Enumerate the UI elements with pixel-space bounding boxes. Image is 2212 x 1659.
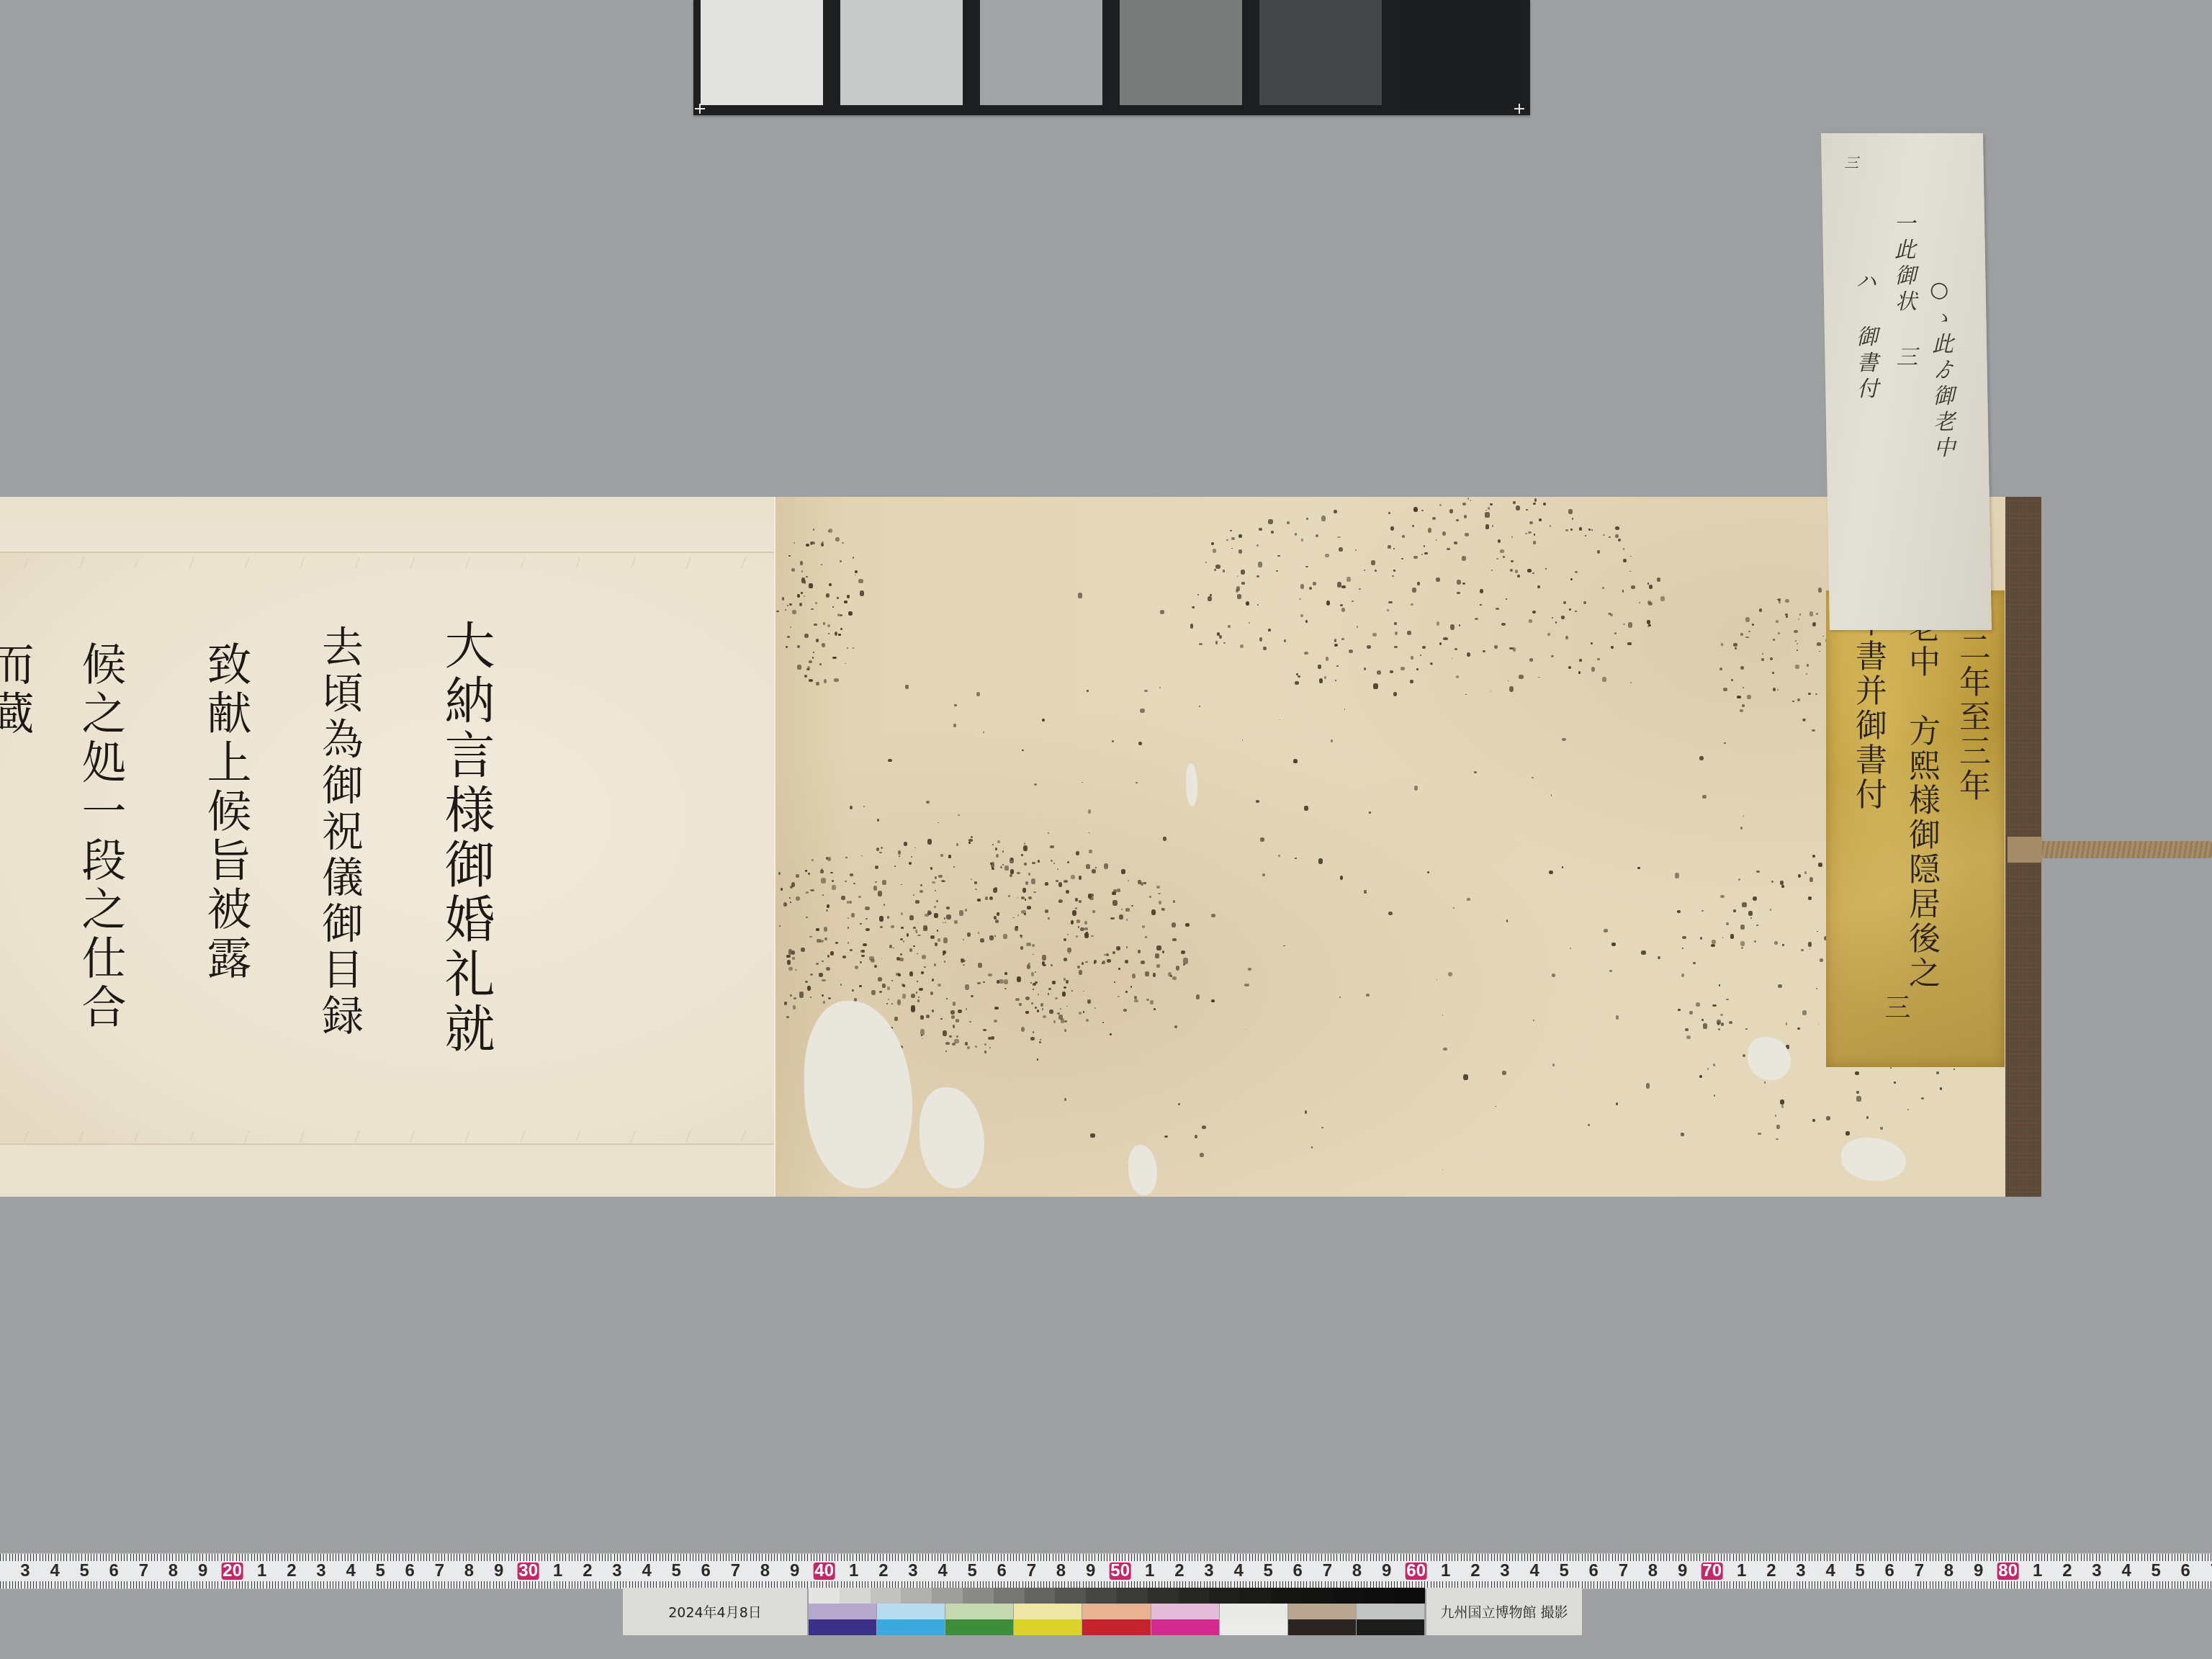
gray-step bbox=[1209, 1588, 1240, 1604]
calligraphy-column-3: 致献上候旨被露 bbox=[203, 641, 248, 984]
ruler-number: 7 bbox=[1027, 1563, 1036, 1580]
gray-step bbox=[1363, 1588, 1394, 1604]
ruler-number: 5 bbox=[672, 1563, 681, 1580]
ruler-number: 5 bbox=[1560, 1563, 1569, 1580]
ruler-number: 6 bbox=[109, 1563, 119, 1580]
color-patch-magenta-light bbox=[1151, 1604, 1219, 1619]
ruler-number: 2 bbox=[583, 1563, 592, 1580]
ruler-ticks-top bbox=[0, 1554, 2212, 1561]
ruler-number: 3 bbox=[316, 1563, 325, 1580]
ruler-number: 1 bbox=[553, 1563, 562, 1580]
color-patch-yellow-dark bbox=[1014, 1619, 1082, 1635]
worn-patch bbox=[1128, 1145, 1157, 1195]
ruler-number: 7 bbox=[435, 1563, 444, 1580]
ruler-number: 6 bbox=[997, 1563, 1007, 1580]
ruler-number: 9 bbox=[494, 1563, 503, 1580]
ruler-number: 5 bbox=[80, 1563, 89, 1580]
color-swatches bbox=[809, 1588, 1425, 1637]
hanging-paper-label: ○ゝ此ゟ御老中 一此御状 三 ハ 御書付 三 bbox=[1821, 133, 1992, 630]
gray-patch bbox=[840, 0, 963, 105]
ruler-number: 70 bbox=[1701, 1563, 1723, 1580]
ruler-number: 7 bbox=[731, 1563, 740, 1580]
ruler-number: 1 bbox=[1737, 1563, 1746, 1580]
ruler-number: 8 bbox=[1648, 1563, 1658, 1580]
color-patch-brown-dark bbox=[1288, 1619, 1356, 1635]
cord-attachment bbox=[2008, 837, 2042, 863]
ruler-number: 20 bbox=[221, 1563, 243, 1580]
ruler-number: 6 bbox=[2181, 1563, 2190, 1580]
ruler-number: 1 bbox=[1441, 1563, 1450, 1580]
paper-label-line-3: ハ 御書付 bbox=[1852, 270, 1876, 403]
gray-patch bbox=[1399, 0, 1521, 105]
ruler-number: 60 bbox=[1405, 1563, 1427, 1580]
ruler-number: 80 bbox=[1997, 1563, 2019, 1580]
ruler-number: 2 bbox=[1174, 1563, 1184, 1580]
ruler-number: 5 bbox=[968, 1563, 977, 1580]
gray-step bbox=[932, 1588, 963, 1604]
worn-patch bbox=[920, 1087, 984, 1188]
title-slip-line-3: 奉書并御書付 bbox=[1852, 605, 1884, 812]
color-patch-white-dark bbox=[1220, 1619, 1287, 1635]
color-patch-yellow-light bbox=[1014, 1604, 1082, 1619]
gray-step bbox=[1117, 1588, 1148, 1604]
color-patch-magenta-dark bbox=[1151, 1619, 1219, 1635]
paper-label-mark: 三 bbox=[1843, 155, 1858, 174]
ruler-number: 3 bbox=[20, 1563, 30, 1580]
grayscale-calibration-card bbox=[693, 0, 1530, 115]
color-patch-gray-black-light bbox=[1357, 1604, 1424, 1619]
photo-credit-label: 九州国立博物館 撮影 bbox=[1426, 1588, 1582, 1635]
ruler-number: 8 bbox=[1944, 1563, 1954, 1580]
ruler-number: 30 bbox=[517, 1563, 539, 1580]
ruler-number: 4 bbox=[346, 1563, 355, 1580]
ruler-number: 3 bbox=[908, 1563, 917, 1580]
ruler-number: 1 bbox=[2033, 1563, 2042, 1580]
ruler-number: 3 bbox=[612, 1563, 621, 1580]
ruler-number: 7 bbox=[139, 1563, 148, 1580]
lower-border-line bbox=[0, 1143, 774, 1145]
ruler-number: 4 bbox=[1529, 1563, 1539, 1580]
color-patch-green-light bbox=[945, 1604, 1013, 1619]
calligraphy-column-1: 大納言様御婚礼就 bbox=[441, 619, 491, 1057]
ruler-number: 8 bbox=[1056, 1563, 1066, 1580]
calligraphy-column-2: 去頃為御祝儀御目録 bbox=[318, 625, 360, 1040]
ruler-number: 6 bbox=[1885, 1563, 1894, 1580]
paper-label-line-1: ○ゝ此ゟ御老中 bbox=[1928, 277, 1952, 462]
paper-label-line-2: 一此御状 三 bbox=[1891, 212, 1915, 372]
lower-wave-pattern bbox=[0, 1130, 774, 1142]
date-label: 2024年4月8日 bbox=[623, 1588, 807, 1635]
gray-patch bbox=[1259, 0, 1382, 105]
ruler-number: 8 bbox=[168, 1563, 178, 1580]
ruler-number: 6 bbox=[701, 1563, 711, 1580]
gray-step bbox=[1148, 1588, 1179, 1604]
ruler-number: 9 bbox=[198, 1563, 207, 1580]
ruler-number: 4 bbox=[642, 1563, 651, 1580]
ruler-number: 2 bbox=[2062, 1563, 2072, 1580]
gold-title-slip: 享二年至三年 御老中 方熙様御隠居後之 奉書并御書付 三 bbox=[1826, 590, 2005, 1067]
color-patch-purple-light bbox=[809, 1604, 876, 1619]
color-patch-purple-dark bbox=[809, 1619, 876, 1635]
decorated-frontispiece-paper bbox=[774, 497, 2007, 1197]
ruler-number: 5 bbox=[1264, 1563, 1273, 1580]
registration-cross-mark bbox=[695, 104, 705, 114]
ruler-number: 2 bbox=[1470, 1563, 1480, 1580]
gray-step bbox=[809, 1588, 840, 1604]
calligraphy-column-5: 而蔵 bbox=[0, 641, 30, 739]
gray-patch bbox=[980, 0, 1102, 105]
ruler-number: 4 bbox=[50, 1563, 59, 1580]
gray-step bbox=[1086, 1588, 1117, 1604]
ruler-number: 50 bbox=[1109, 1563, 1131, 1580]
ruler-number: 4 bbox=[1233, 1563, 1243, 1580]
ruler-number: 9 bbox=[1974, 1563, 1983, 1580]
ruler-number: 8 bbox=[464, 1563, 474, 1580]
gray-step bbox=[1240, 1588, 1271, 1604]
ruler-number: 9 bbox=[1678, 1563, 1687, 1580]
gray-step bbox=[1302, 1588, 1333, 1604]
gray-step bbox=[963, 1588, 994, 1604]
ruler-number: 4 bbox=[938, 1563, 947, 1580]
ruler-number: 4 bbox=[2121, 1563, 2131, 1580]
color-patch-white-light bbox=[1220, 1604, 1287, 1619]
ruler-number: 1 bbox=[849, 1563, 858, 1580]
ruler-number: 6 bbox=[1589, 1563, 1599, 1580]
ruler-number: 3 bbox=[1500, 1563, 1509, 1580]
color-patch-cyan-dark bbox=[877, 1619, 945, 1635]
color-calibration-chart: 2024年4月8日 九州国立博物館 撮影 bbox=[623, 1588, 1581, 1637]
ruler-number: 9 bbox=[1086, 1563, 1095, 1580]
color-patch-green-dark bbox=[945, 1619, 1013, 1635]
ruler-number: 6 bbox=[405, 1563, 415, 1580]
ruler-number: 9 bbox=[1382, 1563, 1391, 1580]
gray-step bbox=[1025, 1588, 1056, 1604]
gray-patch bbox=[1120, 0, 1242, 105]
ruler-number: 7 bbox=[1915, 1563, 1924, 1580]
gray-step bbox=[1179, 1588, 1210, 1604]
gray-step bbox=[1271, 1588, 1302, 1604]
ruler-number: 5 bbox=[2152, 1563, 2161, 1580]
ruler-number: 1 bbox=[257, 1563, 266, 1580]
ruler-number: 5 bbox=[1856, 1563, 1865, 1580]
gray-step bbox=[1333, 1588, 1364, 1604]
gray-patch bbox=[701, 0, 823, 105]
ruler-number: 3 bbox=[1796, 1563, 1805, 1580]
ruler-number: 2 bbox=[878, 1563, 888, 1580]
ruler-number: 4 bbox=[1825, 1563, 1835, 1580]
ruler-number: 7 bbox=[1619, 1563, 1628, 1580]
ruler-number: 3 bbox=[2092, 1563, 2101, 1580]
title-slip-line-2: 御老中 方熙様御隠居後之 bbox=[1905, 576, 1937, 991]
gray-step bbox=[840, 1588, 871, 1604]
gray-step bbox=[901, 1588, 932, 1604]
ruler-number: 40 bbox=[813, 1563, 835, 1580]
gray-step bbox=[1055, 1588, 1086, 1604]
color-patch-brown-light bbox=[1288, 1604, 1356, 1619]
ruler-number: 8 bbox=[1352, 1563, 1362, 1580]
color-patch-red-light bbox=[1082, 1604, 1150, 1619]
worn-patch bbox=[804, 1001, 912, 1188]
ruler-number: 7 bbox=[1323, 1563, 1332, 1580]
ruler-number: 6 bbox=[1293, 1563, 1303, 1580]
ruler-number: 2 bbox=[1766, 1563, 1776, 1580]
ruler-number: 2 bbox=[287, 1563, 296, 1580]
gray-step bbox=[871, 1588, 902, 1604]
title-slip-volume-number: 三 bbox=[1882, 994, 1908, 1022]
worn-patch bbox=[1841, 1138, 1906, 1181]
handscroll: 大納言様御婚礼就 去頃為御祝儀御目録 致献上候旨被露 候之処一段之仕合 而蔵 bbox=[0, 497, 2045, 1197]
upper-wave-pattern bbox=[0, 557, 774, 569]
calligraphy-column-4: 候之処一段之仕合 bbox=[78, 641, 122, 1033]
gray-step bbox=[1394, 1588, 1425, 1604]
ruler-number: 9 bbox=[790, 1563, 799, 1580]
measuring-ruler: 3456789201234567893012345678940123456789… bbox=[0, 1553, 2212, 1589]
ruler-number: 1 bbox=[1145, 1563, 1154, 1580]
color-patch-red-dark bbox=[1082, 1619, 1150, 1635]
gray-step bbox=[994, 1588, 1025, 1604]
scroll-text-panel: 大納言様御婚礼就 去頃為御祝儀御目録 致献上候旨被露 候之処一段之仕合 而蔵 bbox=[0, 497, 774, 1197]
ruler-number: 5 bbox=[376, 1563, 385, 1580]
worn-patch bbox=[1186, 763, 1197, 806]
ruler-number: 8 bbox=[760, 1563, 770, 1580]
worn-patch bbox=[1748, 1037, 1791, 1080]
registration-cross-mark bbox=[1514, 104, 1524, 114]
color-patch-gray-black-dark bbox=[1357, 1619, 1424, 1635]
color-patch-cyan-light bbox=[877, 1604, 945, 1619]
ruler-number: 3 bbox=[1204, 1563, 1213, 1580]
